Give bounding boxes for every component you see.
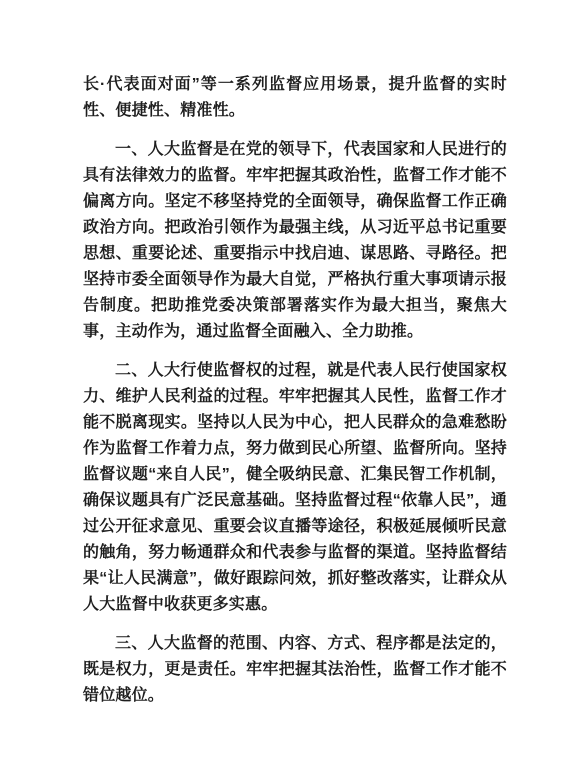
document-body: 长·代表面对面”等一系列监督应用场景，提升监督的实时性、便捷性、精准性。 一、人… <box>83 72 507 709</box>
paragraph-continuation: 长·代表面对面”等一系列监督应用场景，提升监督的实时性、便捷性、精准性。 <box>83 72 507 124</box>
paragraph-section-2: 二、人大行使监督权的过程，就是代表人民行使国家权力、维护人民利益的过程。牢牢把握… <box>83 358 507 618</box>
paragraph-section-3: 三、人大监督的范围、内容、方式、程序都是法定的，既是权力，更是责任。牢牢把握其法… <box>83 631 507 709</box>
document-page: 长·代表面对面”等一系列监督应用场景，提升监督的实时性、便捷性、精准性。 一、人… <box>0 0 586 759</box>
paragraph-section-1: 一、人大监督是在党的领导下，代表国家和人民进行的具有法律效力的监督。牢牢把握其政… <box>83 137 507 345</box>
